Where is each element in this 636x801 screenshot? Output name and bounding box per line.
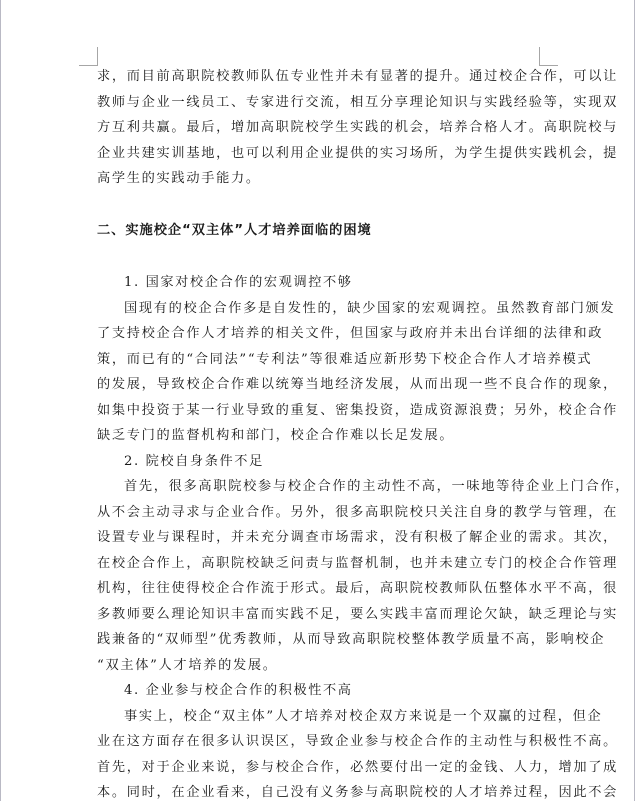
subsection-title-4: 4. 企业参与校企合作的积极性不高 (97, 678, 540, 704)
text-line: 首先，对于企业来说，参与校企合作，必然要付出一定的金钱、人力，增加了成 (97, 755, 540, 781)
document-page: 求，而目前高职院校教师队伍专业性并未有显著的提升。通过校企合作，可以让 教师与企… (0, 0, 636, 801)
text-line: 首先，很多高职院校参与校企合作的主动性不高，一味地等待企业上门合作， (97, 474, 540, 500)
text-line: 求，而目前高职院校教师队伍专业性并未有显著的提升。通过校企合作，可以让 (97, 64, 540, 90)
text-line: 教师与企业一线员工、专家进行交流，相互分享理论知识与实践经验等，实现双 (97, 90, 540, 116)
subsection-paragraph-2: 首先，很多高职院校参与校企合作的主动性不高，一味地等待企业上门合作， 从不会主动… (97, 474, 540, 678)
text-line: 国现有的校企合作多是自发性的，缺少国家的宏观调控。虽然教育部门颁发 (97, 296, 540, 322)
text-line: 了支持校企合作人才培养的相关文件，但国家与政府并未出台详细的法律和政 (97, 321, 540, 347)
subsection-title-2: 2. 院校自身条件不足 (97, 449, 540, 475)
text-line: “双主体”人才培养的发展。 (97, 653, 540, 679)
spacer (97, 192, 540, 218)
text-line: 高学生的实践动手能力。 (97, 166, 540, 192)
margin-corner-mark-top-left (79, 47, 98, 66)
page-right-edge (634, 0, 635, 801)
text-line: 缺乏专门的监督机构和部门，校企合作难以长足发展。 (97, 423, 540, 449)
text-line: 的发展，导致校企合作难以统筹当地经济发展，从而出现一些不良合作的现象， (97, 372, 540, 398)
text-line: 在校企合作上，高职院校缺乏问责与监督机制，也并未建立专门的校企合作管理 (97, 551, 540, 577)
text-line: 事实上，校企“双主体”人才培养对校企双方来说是一个双赢的过程，但企 (97, 704, 540, 730)
text-line: 策，而已有的“合同法”“专利法”等很难适应新形势下校企合作人才培养模式 (97, 347, 540, 373)
text-line: 方互利共赢。最后，增加高职院校学生实践的机会，培养合格人才。高职院校与 (97, 115, 540, 141)
text-line: 企业共建实训基地，也可以利用企业提供的实习场所，为学生提供实践机会，提 (97, 141, 540, 167)
spacer (97, 243, 540, 270)
document-body[interactable]: 求，而目前高职院校教师队伍专业性并未有显著的提升。通过校企合作，可以让 教师与企… (97, 64, 540, 801)
subsection-title-1: 1. 国家对校企合作的宏观调控不够 (97, 270, 540, 296)
text-line: 多教师要么理论知识丰富而实践不足，要么实践丰富而理论欠缺，缺乏理论与实 (97, 602, 540, 628)
margin-corner-mark-top-right (539, 47, 558, 66)
text-line: 机构，往往使得校企合作流于形式。最后，高职院校教师队伍整体水平不高，很 (97, 576, 540, 602)
intro-paragraph: 求，而目前高职院校教师队伍专业性并未有显著的提升。通过校企合作，可以让 教师与企… (97, 64, 540, 192)
text-line: 设置专业与课程时，并未充分调查市场需求，没有积极了解企业的需求。其次， (97, 525, 540, 551)
subsection-paragraph-4: 事实上，校企“双主体”人才培养对校企双方来说是一个双赢的过程，但企 业在这方面存… (97, 704, 540, 801)
text-line: 本。同时，在企业看来，自己没有义务参与高职院校的人才培养过程，因此不会 (97, 780, 540, 801)
text-line: 如集中投资于某一行业导致的重复、密集投资，造成资源浪费；另外，校企合作 (97, 398, 540, 424)
page-left-edge (0, 0, 1, 801)
text-line: 从不会主动寻求与企业合作。另外，很多高职院校只关注自身的教学与管理，在 (97, 500, 540, 526)
subsection-paragraph-1: 国现有的校企合作多是自发性的，缺少国家的宏观调控。虽然教育部门颁发 了支持校企合… (97, 296, 540, 449)
text-line: 业在这方面存在很多认识误区，导致企业参与校企合作的主动性与积极性不高。 (97, 729, 540, 755)
text-line: 践兼备的“双师型”优秀教师，从而导致高职院校整体教学质量不高，影响校企 (97, 627, 540, 653)
section-heading: 二、实施校企“双主体”人才培养面临的困境 (97, 218, 540, 244)
